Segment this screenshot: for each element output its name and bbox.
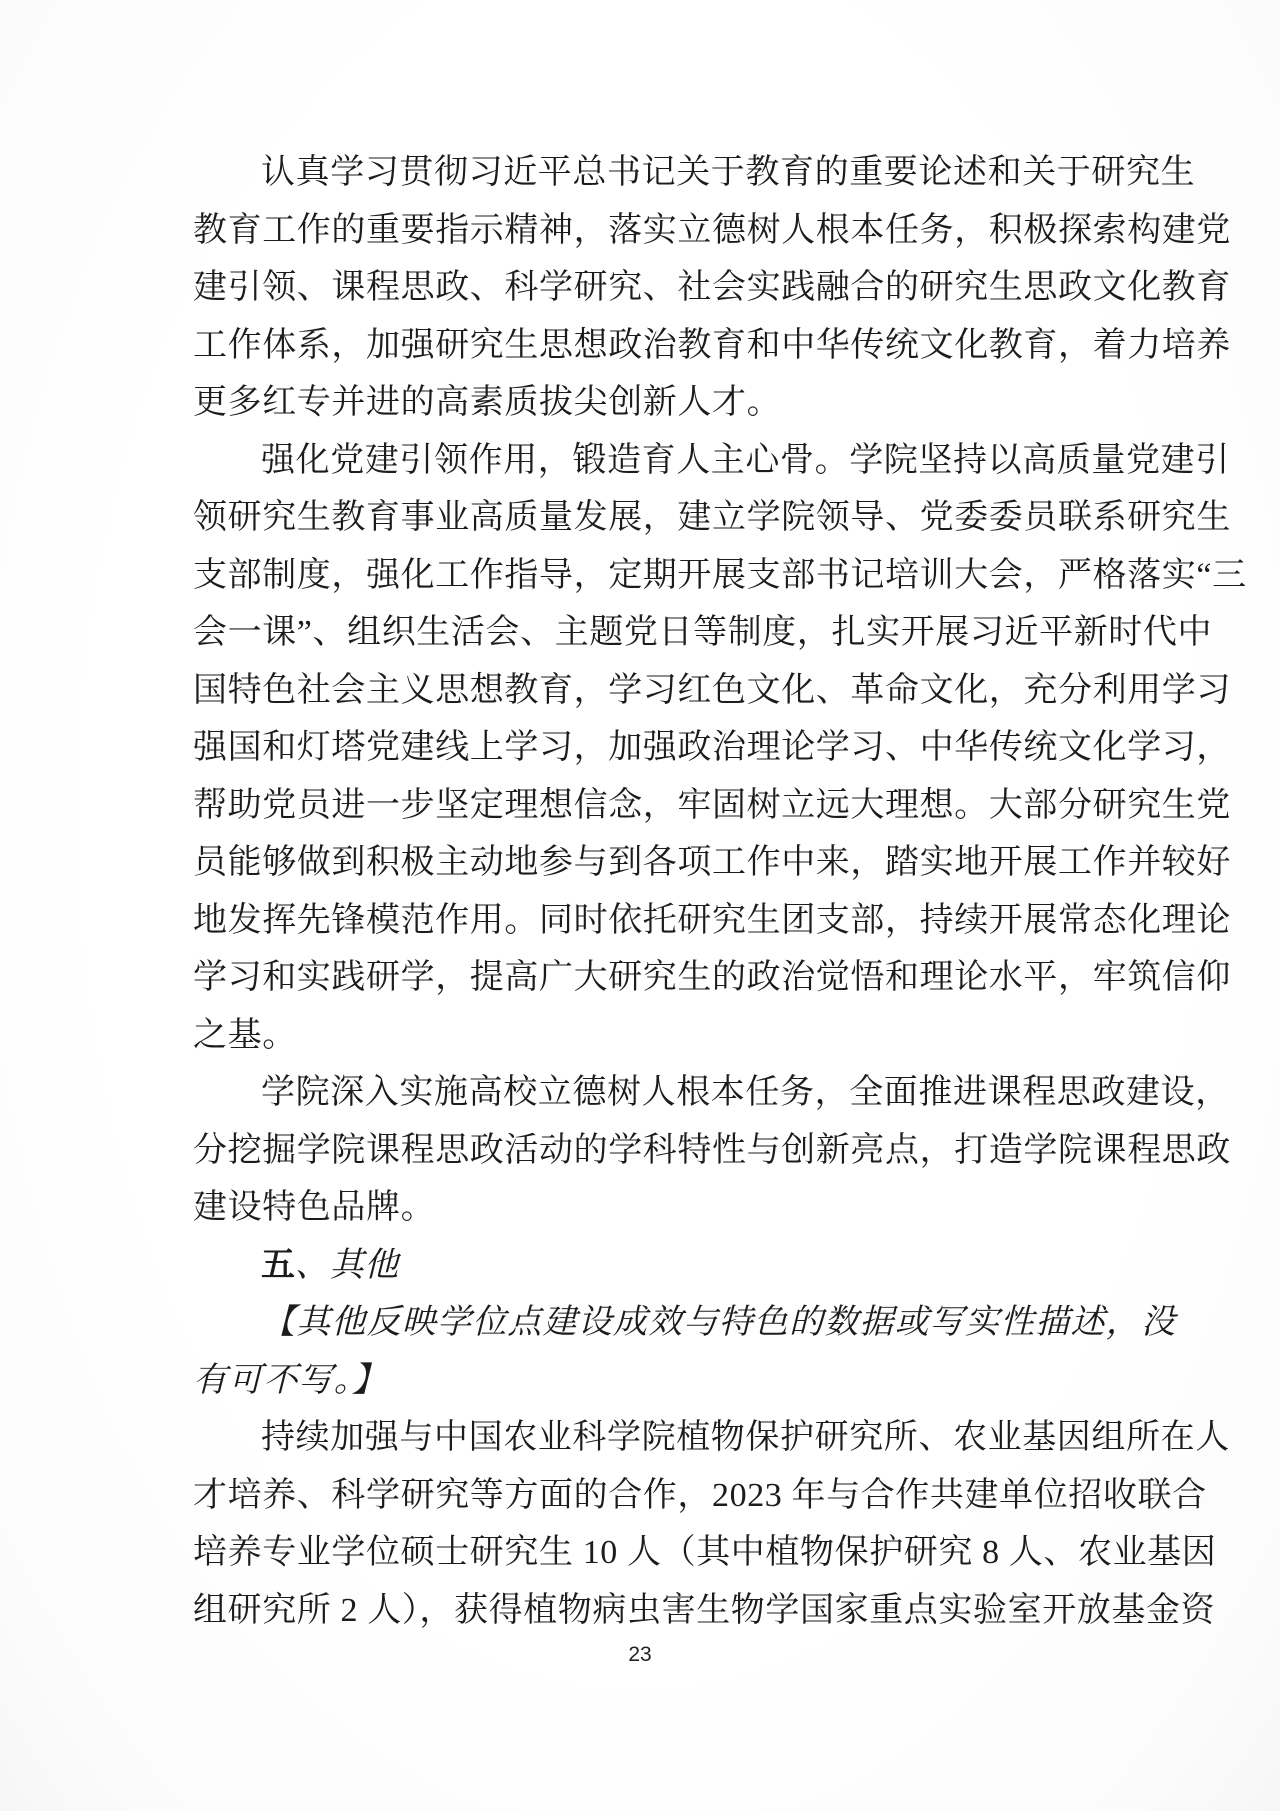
text-line: 分挖掘学院课程思政活动的学科特性与创新亮点，打造学院课程思政	[193, 1122, 1090, 1180]
text-line: 学习和实践研学，提高广大研究生的政治觉悟和理论水平，牢筑信仰	[193, 949, 1090, 1007]
text-line: 学院深入实施高校立德树人根本任务，全面推进课程思政建设，	[193, 1064, 1090, 1122]
text-line: 国特色社会主义思想教育，学习红色文化、革命文化，充分利用学习	[193, 662, 1090, 720]
page-body-text: 认真学习贯彻习近平总书记关于教育的重要论述和关于研究生 教育工作的重要指示精神，…	[193, 144, 1090, 1639]
text-line: 才培养、科学研究等方面的合作，2023 年与合作共建单位招收联合	[193, 1467, 1090, 1525]
text-line: 工作体系，加强研究生思想政治教育和中华传统文化教育，着力培养	[193, 317, 1090, 375]
text-line: 持续加强与中国农业科学院植物保护研究所、农业基因组所在人	[193, 1409, 1090, 1467]
text-line: 建引领、课程思政、科学研究、社会实践融合的研究生思政文化教育	[193, 259, 1090, 317]
bracketed-note-line: 【其他反映学位点建设成效与特色的数据或写实性描述，没	[193, 1294, 1090, 1352]
text-line: 建设特色品牌。	[193, 1179, 1090, 1237]
text-line: 地发挥先锋模范作用。同时依托研究生团支部，持续开展常态化理论	[193, 892, 1090, 950]
text-line: 之基。	[193, 1007, 1090, 1065]
text-line: 支部制度，强化工作指导，定期开展支部书记培训大会，严格落实“三	[193, 547, 1090, 605]
section-heading-title: 、其他	[295, 1247, 399, 1284]
section-heading: 五、其他	[193, 1237, 1090, 1295]
page-number: 23	[0, 1640, 1280, 1670]
text-line: 教育工作的重要指示精神，落实立德树人根本任务，积极探索构建党	[193, 202, 1090, 260]
text-line: 强国和灯塔党建线上学习，加强政治理论学习、中华传统文化学习，	[193, 719, 1090, 777]
text-line: 员能够做到积极主动地参与到各项工作中来，踏实地开展工作并较好	[193, 834, 1090, 892]
document-page: 认真学习贯彻习近平总书记关于教育的重要论述和关于研究生 教育工作的重要指示精神，…	[0, 0, 1280, 1811]
text-line: 帮助党员进一步坚定理想信念，牢固树立远大理想。大部分研究生党	[193, 777, 1090, 835]
text-line: 强化党建引领作用，锻造育人主心骨。学院坚持以高质量党建引	[193, 432, 1090, 490]
text-line: 组研究所 2 人），获得植物病虫害生物学国家重点实验室开放基金资	[193, 1582, 1090, 1640]
bracketed-note-line: 有可不写。】	[193, 1352, 1090, 1410]
text-line: 会一课”、组织生活会、主题党日等制度，扎实开展习近平新时代中	[193, 604, 1090, 662]
text-line: 培养专业学位硕士研究生 10 人（其中植物保护研究 8 人、农业基因	[193, 1524, 1090, 1582]
text-line: 更多红专并进的高素质拔尖创新人才。	[193, 374, 1090, 432]
text-line: 领研究生教育事业高质量发展，建立学院领导、党委委员联系研究生	[193, 489, 1090, 547]
text-line: 认真学习贯彻习近平总书记关于教育的重要论述和关于研究生	[193, 144, 1090, 202]
section-heading-number: 五	[261, 1246, 295, 1284]
